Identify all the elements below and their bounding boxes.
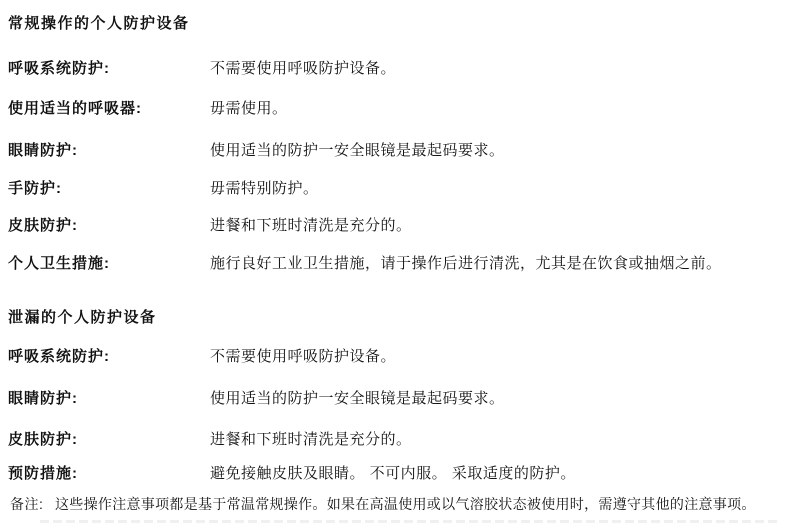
row-value: 不需要使用呼吸防护设备。 [210,345,396,366]
row-suitable-respirator: 使用适当的呼吸器: 毋需使用。 [8,97,786,117]
row-eye-protection-leak: 眼睛防护: 使用适当的防护一安全眼镜是最起码要求。 [8,387,786,407]
row-skin-protection-leak: 皮肤防护: 进餐和下班时清洗是充分的。 [8,428,786,448]
row-value: 不需要使用呼吸防护设备。 [210,57,396,78]
row-label: 眼睛防护: [8,142,78,159]
note-row: 备注: 这些操作注意事项都是基于常温常规操作。如果在高温使用或以气溶胶状态被使用… [10,494,786,514]
row-skin-protection: 皮肤防护: 进餐和下班时清洗是充分的。 [8,214,786,234]
row-label: 皮肤防护: [8,431,78,448]
row-label: 呼吸系统防护: [8,348,110,365]
row-label: 眼睛防护: [8,390,78,407]
row-label: 个人卫生措施: [8,255,110,272]
row-value: 使用适当的防护一安全眼镜是最起码要求。 [210,139,505,160]
ppe-document-page: 常规操作的个人防护设备 呼吸系统防护: 不需要使用呼吸防护设备。 使用适当的呼吸… [0,0,790,525]
row-label: 皮肤防护: [8,217,78,234]
row-value: 毋需特别防护。 [210,177,319,198]
section-heading-leak: 泄漏的个人防护设备 [8,306,786,326]
row-label: 使用适当的呼吸器: [8,100,142,117]
row-hand-protection: 手防护: 毋需特别防护。 [8,177,786,197]
row-value: 进餐和下班时清洗是充分的。 [210,214,412,235]
row-precautions: 预防措施: 避免接触皮肤及眼睛。 不可内服。 采取适度的防护。 [8,462,786,482]
note-value: 这些操作注意事项都是基于常温常规操作。如果在高温使用或以气溶胶状态被使用时，需遵… [55,494,756,514]
row-respiratory-protection: 呼吸系统防护: 不需要使用呼吸防护设备。 [8,57,786,77]
section-heading-normal-operation: 常规操作的个人防护设备 [8,12,786,32]
row-personal-hygiene: 个人卫生措施: 施行良好工业卫生措施，请于操作后进行清洗，尤其是在饮食或抽烟之前… [8,252,786,272]
row-value: 进餐和下班时清洗是充分的。 [210,428,412,449]
note-label: 备注: [10,496,43,512]
row-respiratory-protection-leak: 呼吸系统防护: 不需要使用呼吸防护设备。 [8,345,786,365]
row-value: 避免接触皮肤及眼睛。 不可内服。 采取适度的防护。 [210,462,576,483]
row-label: 预防措施: [8,465,78,482]
row-label: 手防护: [8,180,62,197]
clipped-text-remnant [40,520,780,523]
row-eye-protection: 眼睛防护: 使用适当的防护一安全眼镜是最起码要求。 [8,139,786,159]
row-value: 使用适当的防护一安全眼镜是最起码要求。 [210,387,505,408]
row-value: 毋需使用。 [210,97,288,118]
row-label: 呼吸系统防护: [8,60,110,77]
row-value: 施行良好工业卫生措施，请于操作后进行清洗，尤其是在饮食或抽烟之前。 [210,252,722,273]
